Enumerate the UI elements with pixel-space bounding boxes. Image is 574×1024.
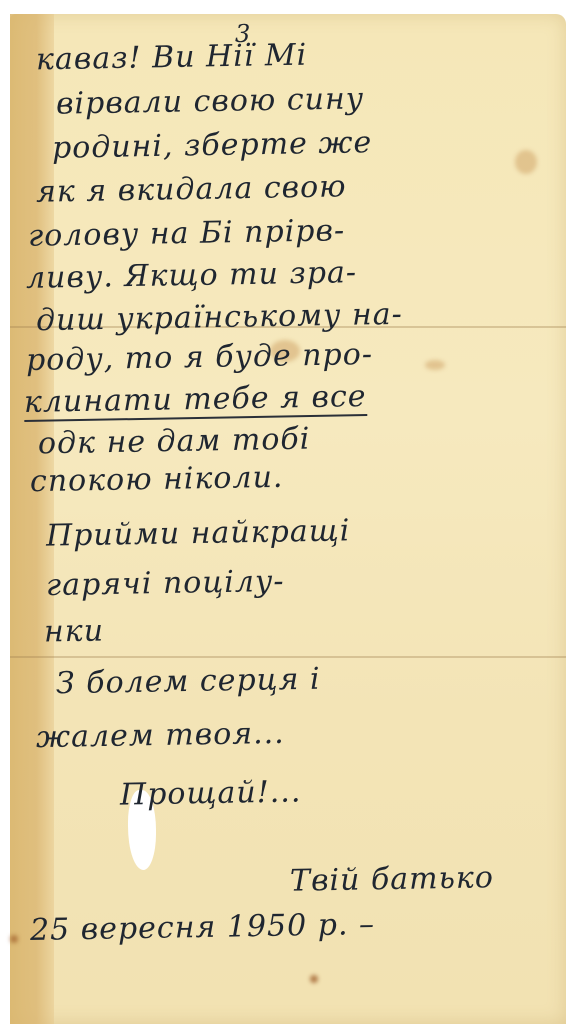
letter-line: родині, зберте же [52, 125, 373, 166]
letter-line: диш українському на- [36, 297, 403, 338]
letter-line: голову на Бі прірв- [28, 213, 346, 254]
letter-line: спокою ніколи. [30, 460, 284, 499]
signature: Твій батько [290, 860, 494, 899]
stain [515, 150, 537, 174]
letter-line: каваз! Ви Нії Мі [36, 38, 308, 78]
letter-line: Прийми найкращі [46, 513, 351, 553]
letter-line: як я вкидала свою [36, 169, 347, 209]
letter-line: нки [44, 613, 105, 649]
letter-line: жалем твоя... [36, 716, 285, 755]
fold-line [10, 656, 566, 658]
stain [310, 975, 318, 983]
letter-line: клинати тебе я все [24, 379, 367, 422]
stain [425, 360, 445, 370]
stain [10, 935, 18, 943]
letter-date: 25 вересня 1950 р. – [30, 907, 376, 948]
letter-line: роду, то я буде про- [26, 337, 374, 378]
letter-line: одк не дам тобі [38, 422, 311, 462]
letter-line: ливу. Якщо ти зра- [26, 255, 358, 296]
letter-line: вірвали свою сину [56, 81, 365, 121]
letter-line: гарячі поцілу- [46, 564, 285, 603]
letter-line: З болем серця і [56, 662, 321, 702]
letter-line: Прощай!... [120, 774, 302, 812]
